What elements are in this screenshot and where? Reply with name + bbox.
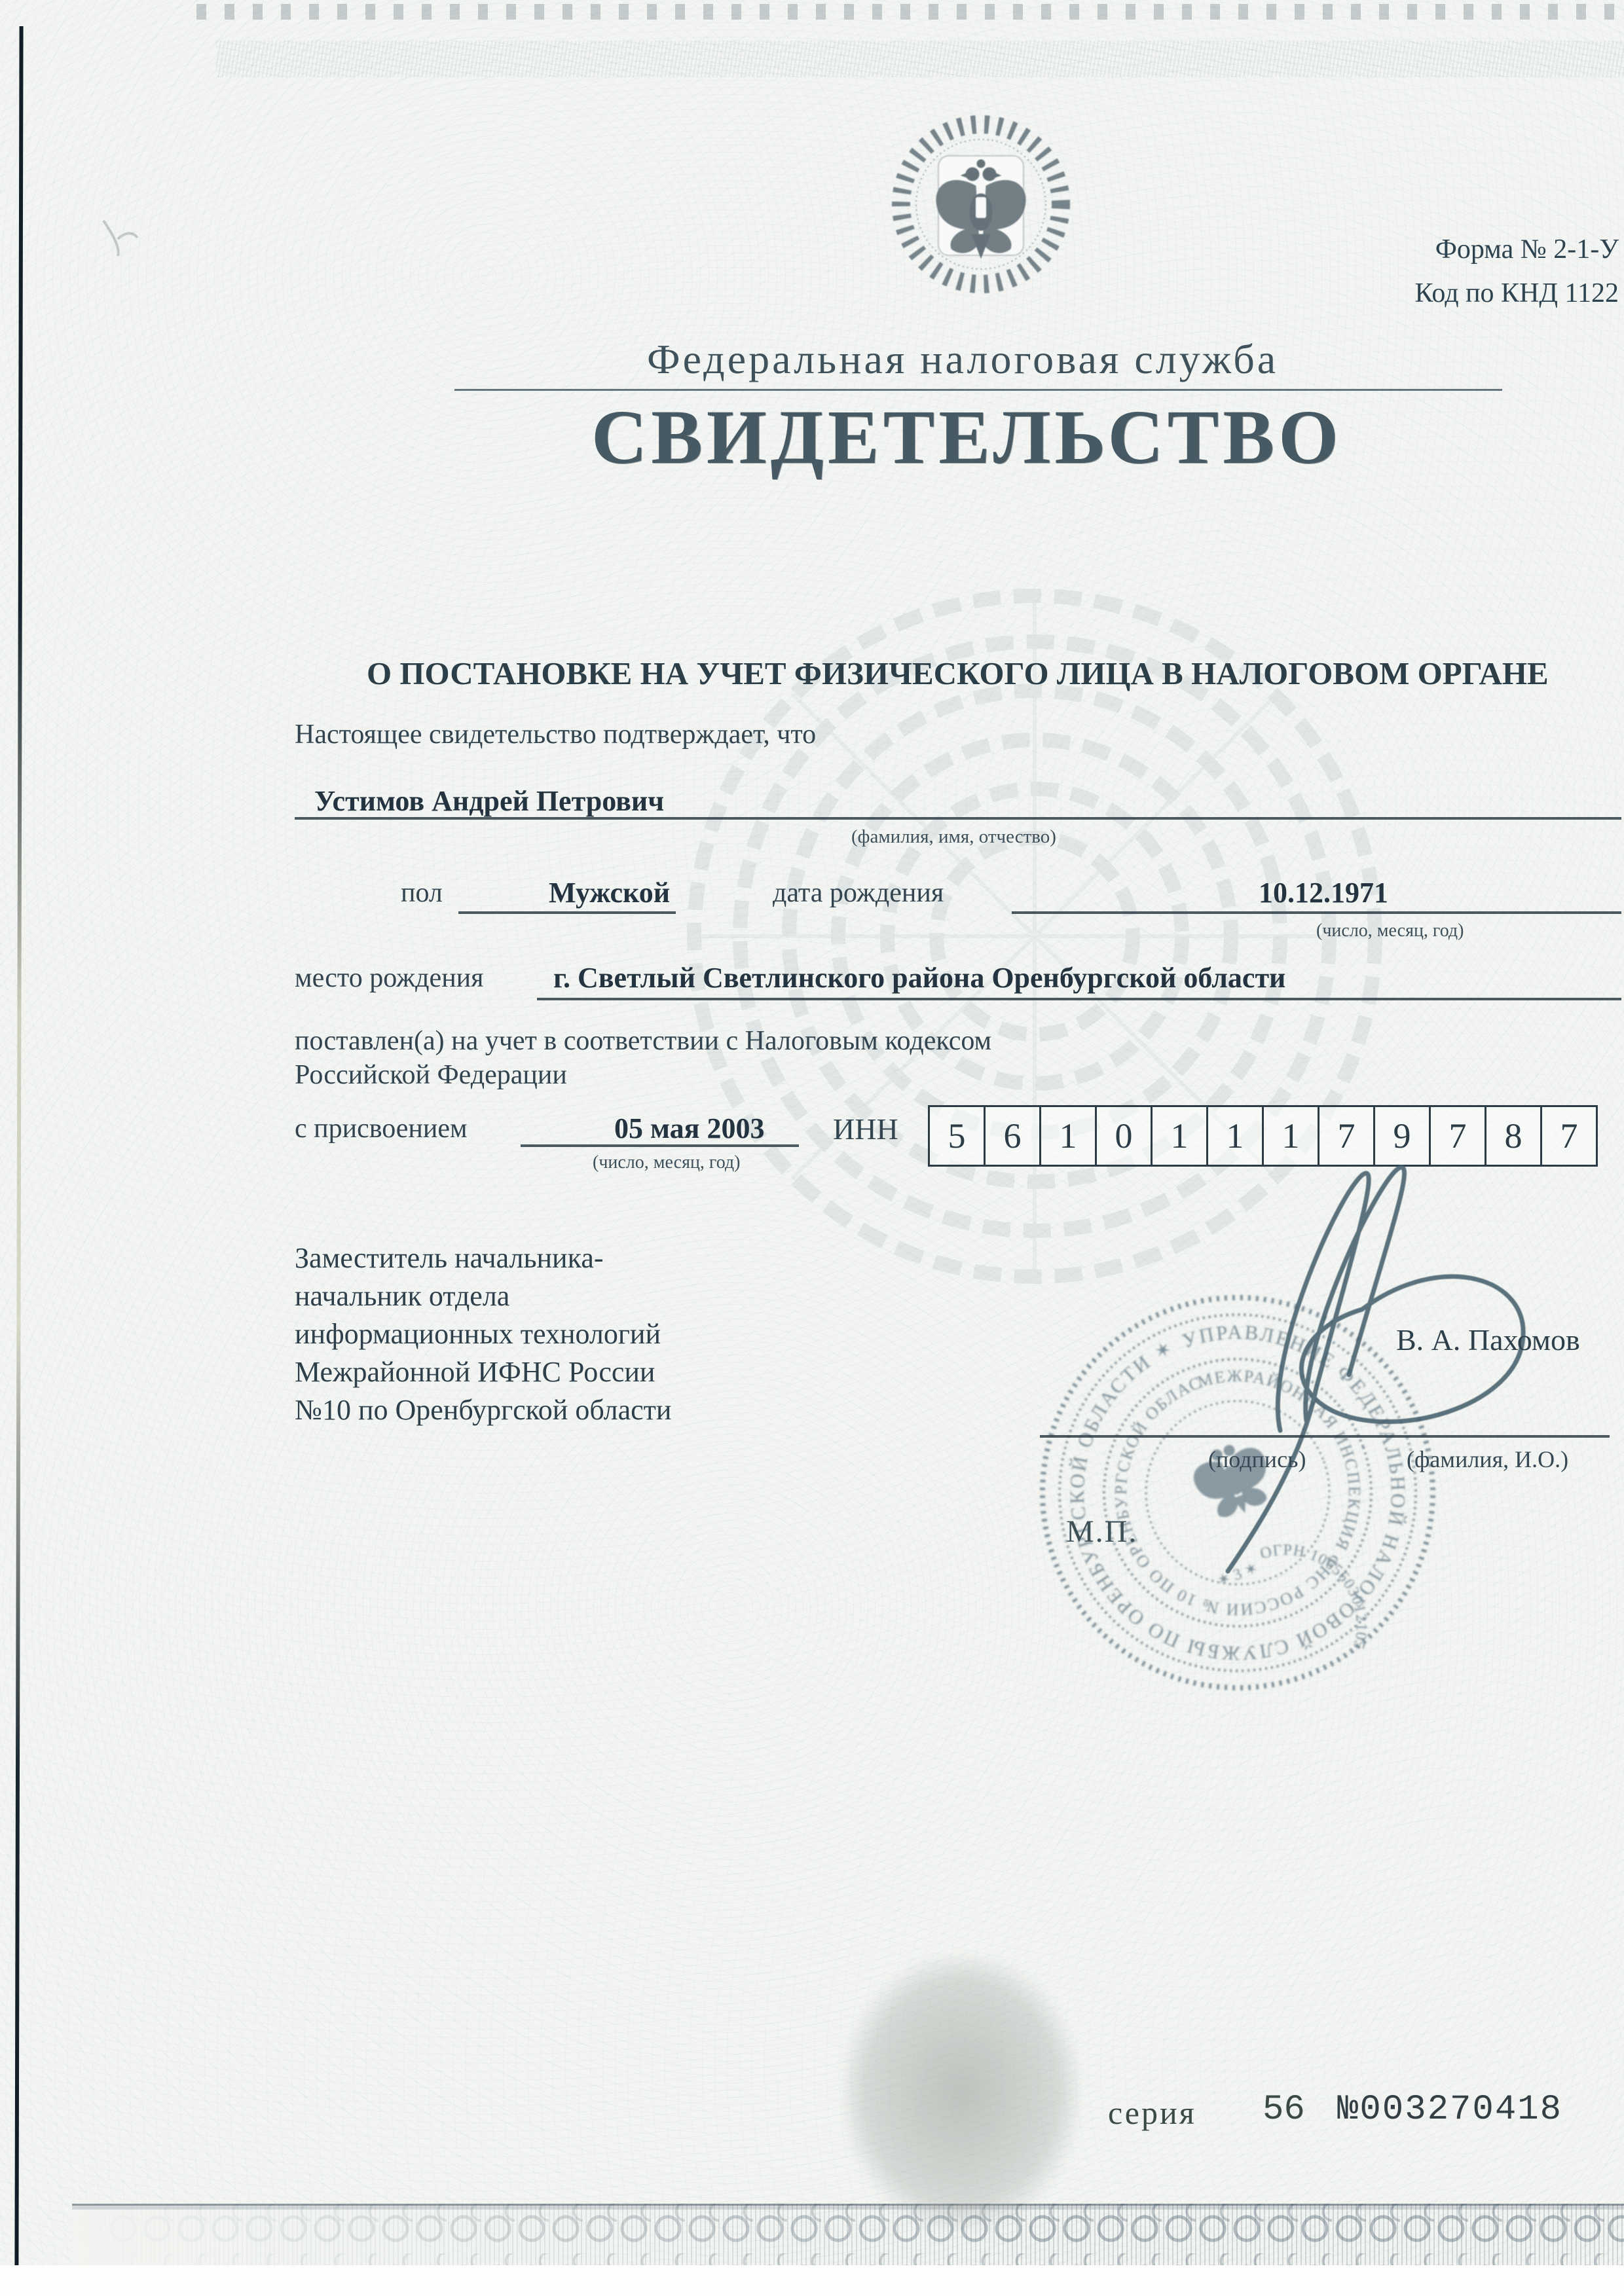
- assigned-label: с присвоением: [295, 1113, 468, 1144]
- signatory-position-block: Заместитель начальника- начальник отдела…: [295, 1239, 671, 1429]
- paper-bottom-edge: [0, 2265, 1624, 2296]
- sex-value: Мужской: [549, 876, 670, 909]
- name-caption: (фамилия, имя, отчество): [851, 826, 1056, 848]
- assigned-date-underline: [521, 1144, 799, 1147]
- position-line: информационных технологий: [295, 1315, 671, 1353]
- series-value: 56: [1263, 2090, 1305, 2130]
- knd-code: Код по КНД 1122: [1231, 272, 1619, 316]
- assigned-date-caption: (число, месяц, год): [593, 1152, 740, 1173]
- signature-caption: (подпись): [1208, 1446, 1306, 1473]
- scan-left-edge-line: [14, 26, 23, 2268]
- signature-line: [1040, 1435, 1610, 1438]
- document-title: СВИДЕТЕЛЬСТВО: [591, 393, 1342, 482]
- form-number: Форма № 2-1-У: [1231, 228, 1619, 272]
- person-full-name: Устимов Андрей Петрович: [314, 784, 664, 818]
- inn-label: ИНН: [833, 1112, 898, 1146]
- position-line: начальник отдела: [295, 1277, 671, 1315]
- ink-smudge: [92, 213, 151, 272]
- fns-emblem-icon: [883, 106, 1079, 302]
- birth-date-value: 10.12.1971: [1259, 876, 1388, 909]
- inn-digit-cell: 1: [1039, 1105, 1097, 1167]
- birth-date-label: дата рождения: [773, 877, 944, 909]
- scan-top-dashed-edge: [196, 4, 1624, 20]
- birth-place-underline: [537, 998, 1621, 1000]
- name-underline: [295, 817, 1621, 820]
- gray-circle-watermark: [843, 1956, 1079, 2228]
- subject-title: О ПОСТАНОВКЕ НА УЧЕТ ФИЗИЧЕСКОГО ЛИЦА В …: [367, 655, 1549, 692]
- inn-digit-cell: 5: [928, 1105, 986, 1167]
- scanned-certificate-page: Форма № 2-1-У Код по КНД 1122 Федеральна…: [0, 0, 1624, 2296]
- confirm-text: Настоящее свидетельство подтверждает, чт…: [295, 719, 816, 750]
- seal-place-mark: М.П.: [1066, 1514, 1137, 1550]
- top-border-band: [216, 41, 1624, 77]
- birth-place-label: место рождения: [295, 962, 483, 994]
- statement-line2: Российской Федерации: [295, 1059, 567, 1091]
- sex-underline: [458, 911, 676, 914]
- series-label: серия: [1108, 2094, 1196, 2132]
- statement-line1: поставлен(а) на учет в соответствии с На…: [295, 1025, 991, 1057]
- position-line: Заместитель начальника-: [295, 1239, 671, 1277]
- certificate-number: №003270418: [1337, 2090, 1562, 2130]
- assigned-date: 05 мая 2003: [614, 1112, 764, 1145]
- birth-date-caption: (число, месяц, год): [1316, 920, 1464, 941]
- sex-label: пол: [401, 877, 443, 909]
- signatory-name-caption: (фамилия, И.О.): [1407, 1446, 1568, 1473]
- birth-date-underline: [1012, 911, 1621, 914]
- birth-place-value: г. Светлый Светлинского района Оренбургс…: [553, 961, 1285, 994]
- position-line: №10 по Оренбургской области: [295, 1391, 671, 1429]
- agency-name: Федеральная налоговая служба: [647, 335, 1278, 384]
- handwritten-signature: [1166, 1113, 1559, 1611]
- position-line: Межрайонной ИФНС России: [295, 1353, 671, 1391]
- inn-digit-cell: 0: [1095, 1105, 1153, 1167]
- inn-digit-cell: 6: [984, 1105, 1041, 1167]
- signatory-name: В. А. Пахомов: [1396, 1322, 1580, 1357]
- header-rule: [454, 389, 1502, 391]
- form-code-block: Форма № 2-1-У Код по КНД 1122: [1231, 228, 1619, 316]
